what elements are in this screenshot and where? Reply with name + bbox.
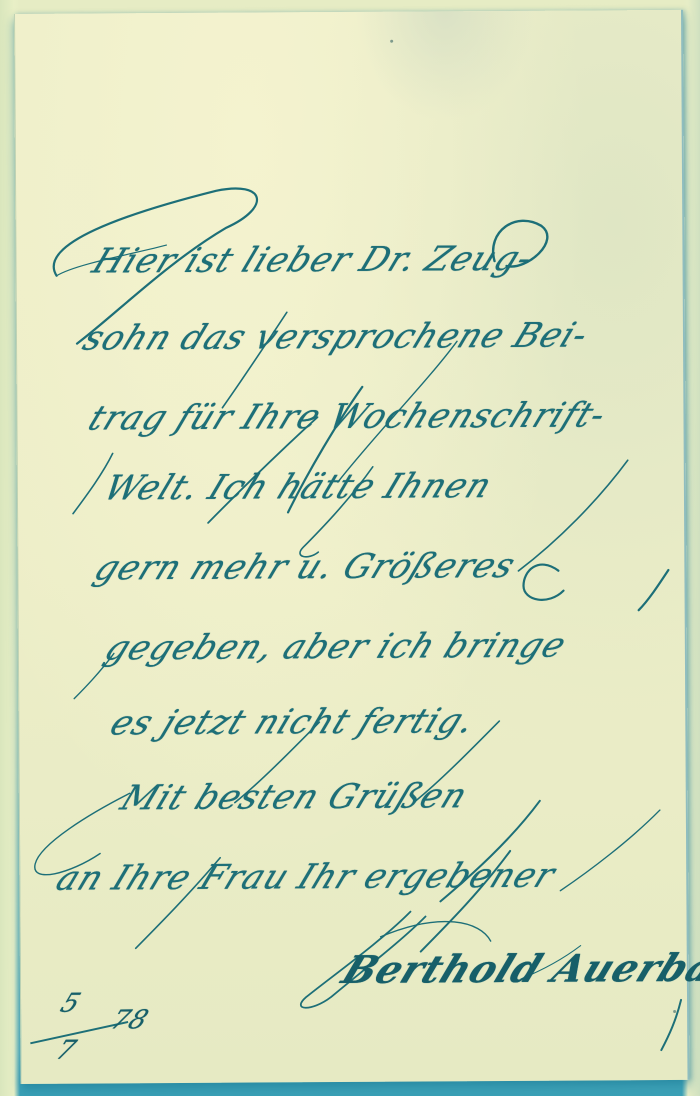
date-day: 5 (56, 989, 85, 1019)
letter-line-4: Welt. Ich hätte Ihnen (98, 466, 498, 508)
letter-line-8: Mit besten Grüßen (115, 776, 474, 818)
letter-sheet: Hier ist lieber Dr. Zeug- sohn das versp… (14, 10, 690, 1084)
letter-line-5: gern mehr u. Größeres (89, 546, 522, 589)
letter-line-2: sohn das versprochene Bei- (77, 315, 595, 358)
letter-line-6: gegeben, aber ich bringe (99, 626, 573, 669)
letter-line-9: an Ihre Frau Ihr ergebener (50, 856, 561, 899)
letter-line-7: es jetzt nicht fertig. (104, 701, 481, 743)
paper-speck (673, 1010, 676, 1013)
paper-speck (390, 40, 393, 43)
letter-line-3: trag für Ihre Wochenschrift- (83, 395, 613, 438)
letter-line-1: Hier ist lieber Dr. Zeug- (87, 239, 540, 282)
date-year: 78 (106, 1005, 153, 1035)
signature: Berthold Auerbach (336, 944, 700, 992)
date-month: 7 (51, 1036, 80, 1066)
paper-fold-shade (355, 11, 536, 122)
